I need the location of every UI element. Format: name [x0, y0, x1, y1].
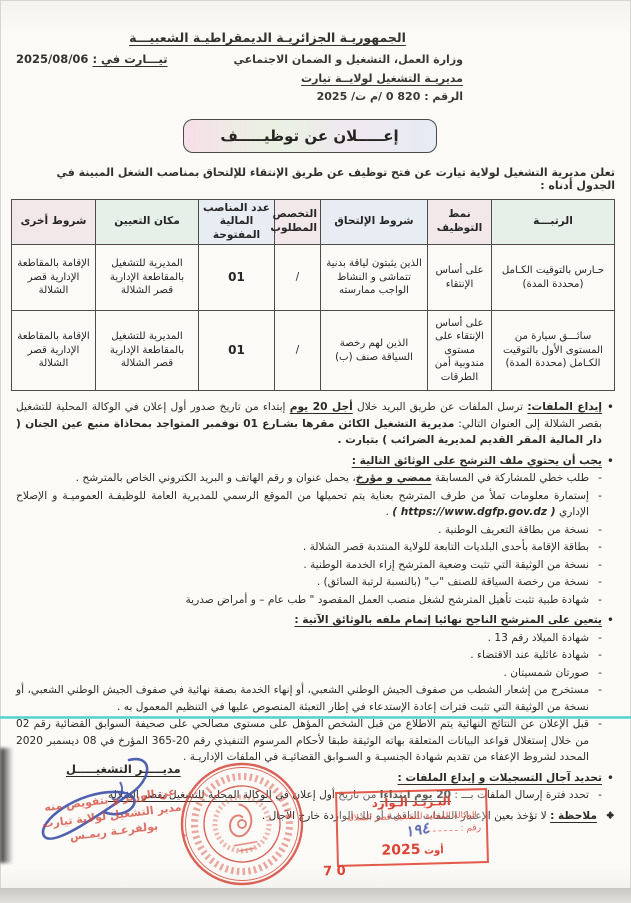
scan-bottom-edge [0, 888, 631, 903]
header-assignment-place: مكان التعيين [96, 199, 199, 245]
cell-employment-type: على أساس الإنتقاء على مستوى مندوبية أمن … [428, 311, 492, 391]
list-item: بطاقة الإقامة بأحدى البلديات التابعة للو… [16, 539, 615, 556]
list-item: صورتان شمسيتان . [16, 665, 615, 682]
cell-specialty: / [275, 245, 321, 311]
deposit-lead: إيداع الملفات: [527, 401, 602, 413]
list-item: نسخة من رخصة السياقة للصنف "ب" (بالنسبة … [16, 574, 615, 591]
table-row: سائـــق سيارة من المستوى الأول بالتوقيت … [12, 311, 615, 391]
cell-specialty: / [275, 311, 321, 391]
file-docs-heading: يجب أن يحتوي ملف الترشح على الوثائق التا… [16, 453, 615, 470]
city-date: تيـــارت في : 2025/08/06 [16, 52, 168, 66]
incoming-mail-date: أوت 2025 [343, 840, 481, 860]
cell-positions-count: 01 [199, 245, 275, 311]
incoming-mail-handwritten-number: ١٩٤ [403, 819, 430, 841]
issue-date: 2025/08/06 [16, 52, 88, 66]
list-item: شهادة عائلية عند الاقتضاء . [16, 647, 615, 664]
positions-table: الرتبـــة نمط التوظيف شروط الإلتحاق التخ… [11, 199, 615, 392]
incoming-mail-month: أوت [424, 845, 444, 857]
cell-assignment-place: المديرية للتشغيل بالمقاطعة الإدارية قصر … [96, 245, 199, 311]
header-joining-conditions: شروط الإلتحاق [321, 199, 428, 245]
header-required-specialty: التخصص المطلوب [275, 199, 321, 245]
incoming-mail-year: 2025 [381, 842, 420, 859]
svg-text:٭: ٭ [181, 831, 188, 842]
cell-rank: حـارس بالتوقيت الكـامل (محددة المدة) [492, 245, 615, 311]
list-item: إستمارة معلومات تملأ من طرف المترشح بعنا… [16, 488, 615, 521]
note-lead: ملاحظة : [550, 810, 597, 822]
dgfp-url: ( https://www.dgfp.gov.dz ) [392, 506, 555, 518]
incoming-mail-day: 0 7 [323, 864, 346, 880]
official-round-stamp: ٭٭ [168, 750, 316, 898]
city-label: تيـــارت في : [92, 52, 167, 66]
republic-heading: الجمهوريـة الجزائريـة الديمقراطيـة الشعب… [129, 30, 406, 45]
scanned-document-page: الجمهوريـة الجزائريـة الديمقراطيـة الشعب… [0, 0, 631, 903]
item-underlined: ممضي و مؤرخ [356, 472, 432, 484]
item-text: ، يحمل عنوان و رقم الهاتف و البريد الكتر… [76, 472, 356, 484]
cell-assignment-place: المديرية للتشغيل بالمقاطعة الإدارية قصر … [96, 311, 199, 391]
deposit-paragraph: إيداع الملفات: ترسل الملفات عن طريق البر… [16, 399, 615, 449]
cell-other-conditions: الإقامة بالمقاطعة الإدارية قصر الشلالة [12, 245, 96, 311]
reference-number: الرقم : 820 0 /م ت/ 2025 [16, 88, 463, 107]
list-item: شهادة الميلاد رقم 13 . [16, 630, 615, 647]
header-open-positions: عدد المناصب المالية المفتوحة [199, 199, 275, 245]
announcement-title-box: إعـــــلان عن توظيـــــف [183, 119, 437, 153]
list-item: شهادة طبية تثبت تأهيل المترشح لشغل منصب … [16, 592, 615, 609]
incoming-mail-number-label: رقم : ـ ـ ـ ـ ـ ـ [427, 823, 481, 834]
list-item: نسخة من الوثيقة التي تثبت وضعية المترشح … [16, 557, 615, 574]
deposit-text: ترسل الملفات عن طريق البريد خلال [353, 401, 528, 413]
announcement-title: إعـــــلان عن توظيـــــف [220, 127, 398, 145]
document-body: الجمهوريـة الجزائريـة الديمقراطيـة الشعب… [0, 0, 631, 824]
header-other-conditions: شروط أخرى [12, 199, 96, 245]
cell-positions-count: 01 [199, 311, 275, 391]
incoming-mail-stamp: البـريـد الـوارد الوكالة المحلية للتشغيل… [335, 788, 489, 867]
cell-employment-type: على أساس الإنتقاء [428, 245, 492, 311]
deadlines-lead: تحديد آجال التسجيلات و إيداع الملفات : [398, 772, 602, 784]
final-docs-heading: يتعين على المترشح الناجح نهائيا إتمام مل… [16, 612, 615, 629]
intro-paragraph: تعلن مديرية التشغيل لولاية تيارت عن فتح … [16, 166, 615, 192]
final-docs-lead: يتعين على المترشح الناجح نهائيا إتمام مل… [294, 614, 602, 626]
table-row: حـارس بالتوقيت الكـامل (محددة المدة) على… [12, 245, 615, 311]
item-text: طلب خطي للمشاركة في المسابقة [432, 472, 589, 484]
incoming-mail-title: البـريـد الـوارد [342, 793, 480, 811]
cell-rank: سائـــق سيارة من المستوى الأول بالتوقيت … [492, 311, 615, 391]
cell-other-conditions: الإقامة بالمقاطعة الإدارية قصر الشلالة [12, 311, 96, 391]
directorate-line: مديريـة التشغيل لولايــة تيارت [16, 70, 463, 89]
cell-joining-conditions: الذين يثبتون لياقة بدنية تتماشى و النشاط… [321, 245, 428, 311]
diamond-bullet-icon: ❖ [606, 808, 616, 825]
scan-edge-smudge [0, 748, 13, 863]
deposit-address: مديرية التشغيل الكائن مقرها بشـارع 01 نو… [25, 418, 454, 430]
header-employment-type: نمط التوظيف [428, 199, 492, 245]
list-item: مستخرج من إشعار الشطب من صفوف الجيش الوط… [16, 682, 615, 715]
list-item: نسخة من بطاقة التعريف الوطنية . [16, 522, 615, 539]
header-rank: الرتبـــة [492, 199, 615, 245]
list-item: طلب خطي للمشاركة في المسابقة ممضي و مؤرخ… [16, 470, 615, 487]
table-header-row: الرتبـــة نمط التوظيف شروط الإلتحاق التخ… [12, 199, 615, 245]
deposit-deadline: أجل 20 يوم [290, 401, 353, 413]
scan-artifact-line [0, 716, 631, 719]
file-docs-lead: يجب أن يحتوي ملف الترشح على الوثائق التا… [352, 455, 602, 467]
cell-joining-conditions: الذين لهم رخصة السياقة صنف (ب) [321, 311, 428, 391]
